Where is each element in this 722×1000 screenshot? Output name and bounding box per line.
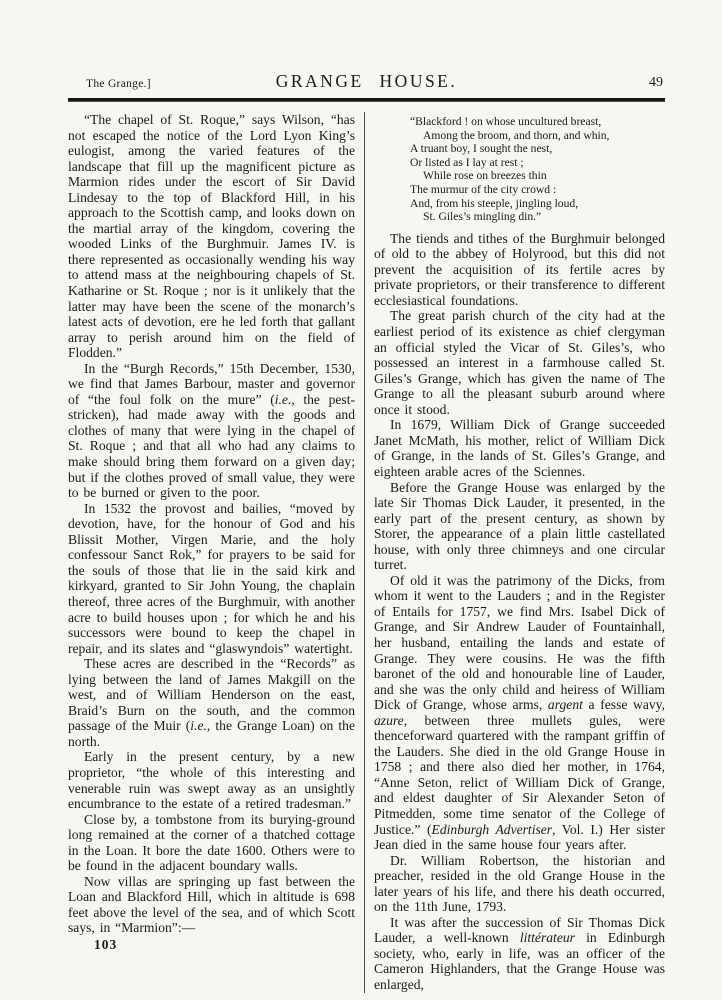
poem-line: Or listed as I lay at rest ;: [410, 156, 665, 170]
paragraph: “The chapel of St. Roque,” says Wilson, …: [68, 112, 355, 361]
header-rule: [68, 98, 665, 102]
poem-line: “Blackford ! on whose uncultured breast,: [410, 115, 665, 129]
right-column: “Blackford ! on whose uncultured breast,…: [365, 112, 665, 993]
paragraph: Early in the present century, by a new p…: [68, 749, 355, 811]
paragraph: In 1679, William Dick of Grange succeede…: [374, 417, 665, 479]
paragraph: The tiends and tithes of the Burghmuir b…: [374, 231, 665, 309]
paragraph: It was after the succession of Sir Thoma…: [374, 915, 665, 993]
paragraph: Close by, a tombstone from its burying-g…: [68, 812, 355, 874]
paragraph: Now villas are springing up fast between…: [68, 874, 355, 936]
paragraph: Of old it was the patrimony of the Dicks…: [374, 573, 665, 853]
poem-line: The murmur of the city crowd :: [410, 183, 665, 197]
text-columns: “The chapel of St. Roque,” says Wilson, …: [68, 112, 665, 993]
paragraph: In 1532 the provost and bailies, “moved …: [68, 501, 355, 656]
paragraph: Dr. William Robertson, the historian and…: [374, 853, 665, 915]
signature-number: 103: [94, 937, 355, 953]
poem-line: While rose on breezes thin: [410, 169, 665, 183]
left-column-paragraphs: “The chapel of St. Roque,” says Wilson, …: [68, 112, 355, 936]
poem-line: And, from his steeple, jingling loud,: [410, 197, 665, 211]
paragraph: The great parish church of the city had …: [374, 308, 665, 417]
poem-line: St. Giles’s mingling din.”: [410, 210, 665, 224]
poem-line: Among the broom, and thorn, and whin,: [410, 129, 665, 143]
paragraph: Before the Grange House was enlarged by …: [374, 480, 665, 573]
book-page: The Grange.] GRANGE HOUSE. 49 “The chape…: [0, 0, 722, 1000]
paragraph: These acres are described in the “Record…: [68, 656, 355, 749]
right-column-paragraphs: The tiends and tithes of the Burghmuir b…: [374, 231, 665, 993]
page-header: The Grange.] GRANGE HOUSE. 49: [68, 72, 665, 92]
left-column: “The chapel of St. Roque,” says Wilson, …: [68, 112, 364, 993]
poem-line: A truant boy, I sought the nest,: [410, 142, 665, 156]
poem-blackford: “Blackford ! on whose uncultured breast,…: [410, 115, 665, 224]
page-title: GRANGE HOUSE.: [68, 71, 665, 92]
page-number: 49: [649, 75, 663, 91]
paragraph: In the “Burgh Records,” 15th December, 1…: [68, 361, 355, 501]
